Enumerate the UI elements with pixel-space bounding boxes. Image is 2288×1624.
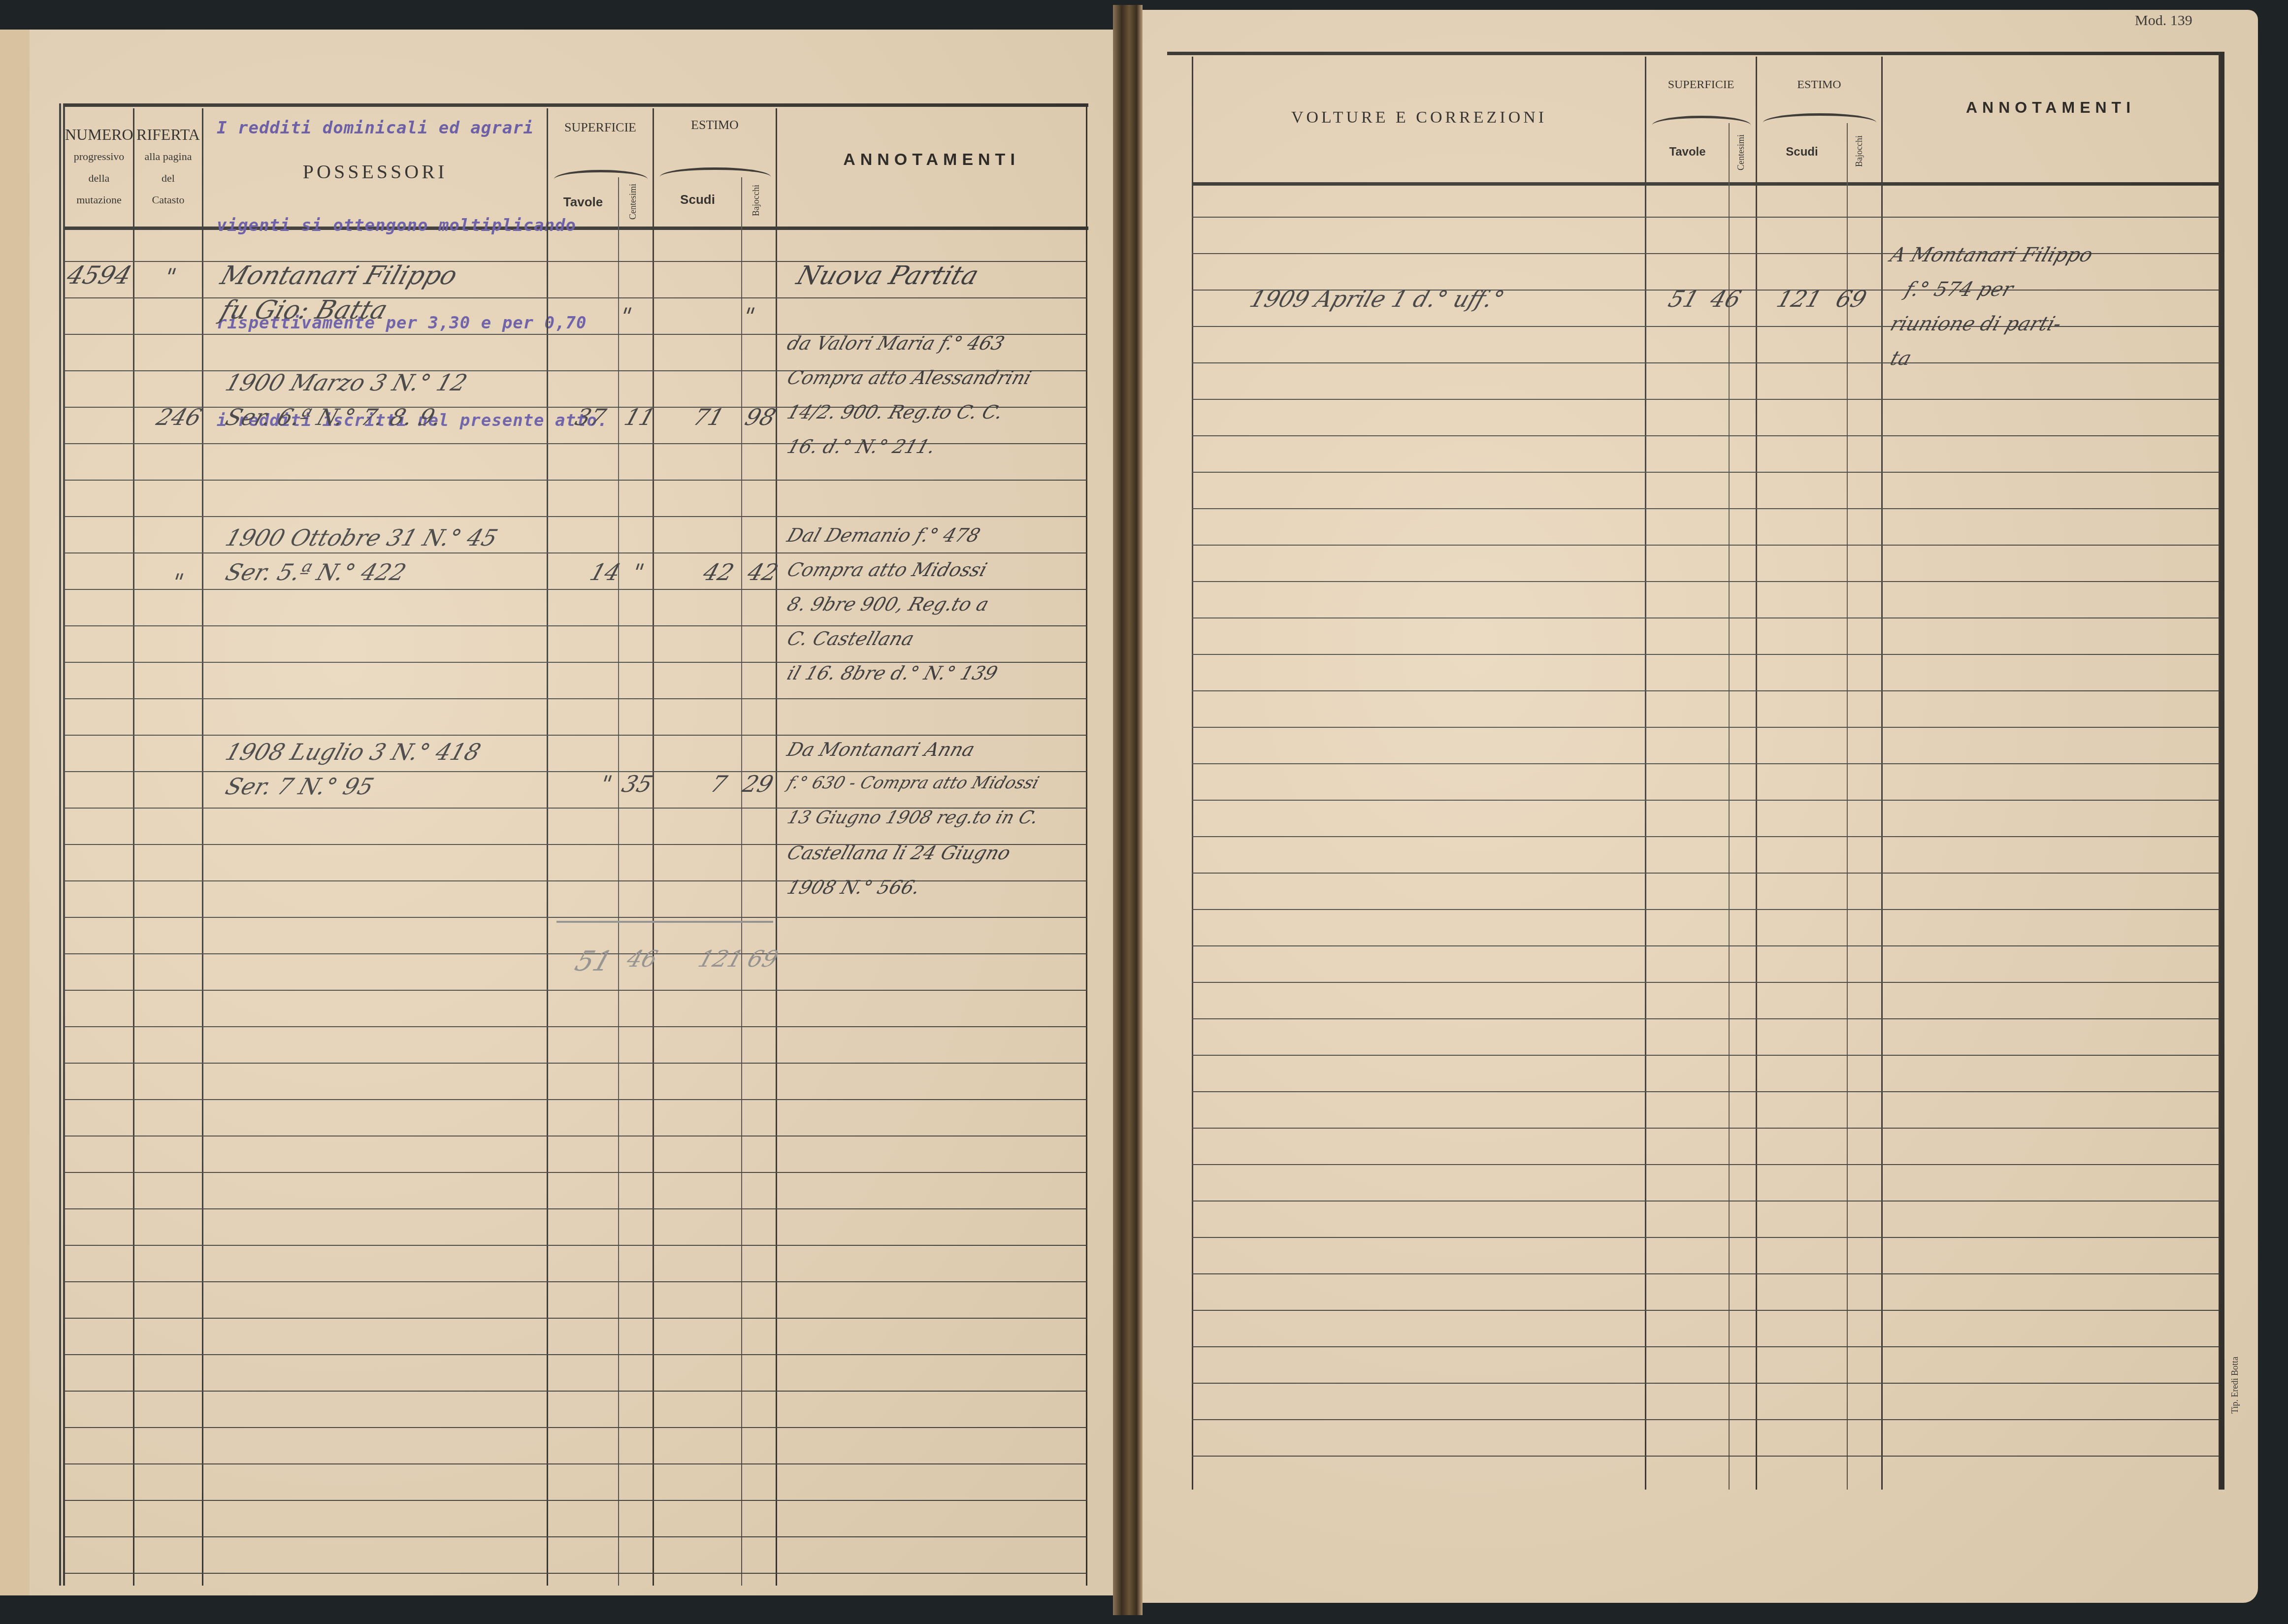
ruled-line xyxy=(65,1281,1087,1282)
ruled-line xyxy=(1192,1018,2219,1019)
ruled-line xyxy=(65,1391,1087,1392)
entry-2-annot-1: da Valori Maria f.° 463 xyxy=(784,332,1007,354)
right-header-top-rule xyxy=(1167,52,2221,55)
entry-3-annot-1: Dal Demanio f.° 478 xyxy=(784,524,983,546)
entry-3-annot-4: C. Castellana xyxy=(784,628,917,650)
ruled-line xyxy=(1192,1456,2219,1457)
ruled-line xyxy=(65,552,1087,553)
col-rule xyxy=(133,108,134,1586)
entry-3-annot-5: il 16. 8bre d.° N.° 139 xyxy=(784,662,1000,684)
ruled-line xyxy=(1192,1310,2219,1311)
col-rule xyxy=(1847,123,1848,1490)
header-superficie: SUPERFICIE xyxy=(1646,76,1756,94)
col-rule xyxy=(741,177,742,1586)
ruled-line xyxy=(1192,472,2219,473)
form-code: Mod. 139 xyxy=(2135,12,2192,29)
header-bajocchi: Bajocchi xyxy=(751,177,761,224)
entry-2-riferta: 246 xyxy=(153,404,205,430)
right-header-bottom-rule xyxy=(1192,182,2221,186)
ruled-line xyxy=(65,990,1087,991)
entry-3-annot-3: 8. 9bre 900, Reg.to a xyxy=(784,593,992,615)
col-rule xyxy=(202,108,203,1586)
col-rule xyxy=(1881,57,1883,1490)
pencil-total-scudi: 121 xyxy=(695,945,747,972)
entry-1-annot-1: Nuova Partita xyxy=(793,261,982,291)
right-entry-annot-3: riunione di parti- xyxy=(1888,313,2064,335)
entry-3-annot-2: Compra atto Midossi xyxy=(784,559,990,581)
ruled-line xyxy=(65,297,1087,298)
entry-3-possessore-2: Ser. 5.ª N.° 422 xyxy=(222,559,409,585)
header-bajocchi: Bajocchi xyxy=(1854,128,1864,175)
ruled-line xyxy=(1192,399,2219,400)
book-spine xyxy=(1113,5,1143,1615)
header-riferta-line: Catasto xyxy=(134,189,202,211)
ruled-line xyxy=(65,516,1087,517)
ruled-line xyxy=(65,1354,1087,1355)
header-centesimi: Centesimi xyxy=(1736,130,1746,175)
ruled-line xyxy=(65,625,1087,626)
header-riferta-line: del xyxy=(134,167,202,189)
entry-2-annot-2: Compra atto Alessandrini xyxy=(784,367,1034,389)
entry-4-annot-5: 1908 N.° 566. xyxy=(784,877,923,898)
header-riferta: RIFERTA alla pagina del Catasto xyxy=(134,123,202,211)
right-entry-annot-1: A Montanari Filippo xyxy=(1888,244,2096,266)
ruled-line xyxy=(1192,1091,2219,1092)
col-rule xyxy=(547,108,548,1586)
ruled-line xyxy=(1192,508,2219,509)
header-annotamenti: ANNOTAMENTI xyxy=(777,150,1086,169)
ruled-line xyxy=(65,1026,1087,1027)
ruled-line xyxy=(1192,654,2219,655)
entry-2-possessore-1: 1900 Marzo 3 N.° 12 xyxy=(222,369,470,396)
ruled-line xyxy=(1192,945,2219,946)
ruled-line xyxy=(1192,1273,2219,1274)
ruled-line xyxy=(65,1573,1087,1574)
ruled-line xyxy=(1192,217,2219,218)
ruled-line xyxy=(1192,909,2219,910)
header-numero: NUMERO progressivo della mutazione xyxy=(65,123,133,211)
right-entry-annot-2: f.° 574 per xyxy=(1902,278,2016,301)
ruled-line xyxy=(65,589,1087,590)
header-numero-line: mutazione xyxy=(65,189,133,211)
entry-4-possessore-2: Ser. 7 N.° 95 xyxy=(222,773,377,800)
ruled-line xyxy=(1192,1346,2219,1347)
entry-2-annot-4: 16. d.° N.° 211. xyxy=(784,436,939,457)
pencil-total-rule xyxy=(556,921,773,923)
ruled-line xyxy=(1192,1055,2219,1056)
entry-2-possessore-2: Ser. 6.ª N.° 7. 8. 9. xyxy=(222,404,445,430)
ruled-line xyxy=(65,1136,1087,1137)
col-rule xyxy=(1756,57,1757,1490)
ruled-line xyxy=(1192,545,2219,546)
stamp-line-2: vigenti si ottengono moltiplicando xyxy=(217,209,608,242)
right-frame-rule xyxy=(2219,52,2224,1490)
ruled-line xyxy=(1192,1383,2219,1384)
col-rule xyxy=(1645,57,1646,1490)
ruled-line xyxy=(65,1245,1087,1246)
header-tavole: Tavole xyxy=(1646,145,1729,159)
ruled-line xyxy=(1192,1164,2219,1165)
col-rule xyxy=(618,177,619,1586)
ruled-line xyxy=(1192,1237,2219,1238)
header-riferta-line: alla pagina xyxy=(134,146,202,167)
ruled-line xyxy=(1192,1201,2219,1202)
ruled-line xyxy=(65,771,1087,772)
ruled-line xyxy=(1192,763,2219,764)
header-possessori: POSSESSORI xyxy=(203,160,547,183)
right-entry-scudi: 121 xyxy=(1773,286,1825,312)
ruled-line xyxy=(1192,617,2219,618)
entry-4-annot-1: Da Montanari Anna xyxy=(784,739,978,760)
col-rule xyxy=(1192,57,1193,1490)
ruled-line xyxy=(1192,1419,2219,1420)
ruled-line xyxy=(65,1318,1087,1319)
ruled-line xyxy=(1192,800,2219,801)
ruled-line xyxy=(65,1500,1087,1501)
ruled-line xyxy=(1192,982,2219,983)
col-rule xyxy=(1729,123,1730,1490)
header-scudi: Scudi xyxy=(1757,145,1847,159)
header-volture: VOLTURE E CORREZIONI xyxy=(1193,108,1645,127)
ruled-line xyxy=(1192,836,2219,837)
ruled-line xyxy=(1192,435,2219,436)
ruled-line xyxy=(65,1208,1087,1209)
header-superficie: SUPERFICIE xyxy=(548,118,653,137)
ruled-line xyxy=(65,1172,1087,1173)
right-entry-annot-4: ta xyxy=(1888,347,1915,370)
entry-2-annot-3: 14/2. 900. Reg.to C. C. xyxy=(784,401,1006,423)
ruled-line xyxy=(1192,873,2219,874)
ruled-line xyxy=(65,1536,1087,1537)
ruled-line xyxy=(65,953,1087,954)
ruled-line xyxy=(65,1063,1087,1064)
entry-4-annot-2: f.° 630 - Compra atto Midossi xyxy=(785,773,1042,793)
entry-4-annot-3: 13 Giugno 1908 reg.to in C. xyxy=(784,808,1041,828)
entry-1-possessore-2: fu Gio: Batta xyxy=(217,295,391,325)
entry-4-annot-4: Castellana li 24 Giugno xyxy=(784,842,1013,864)
header-annotamenti: ANNOTAMENTI xyxy=(1883,98,2219,117)
ruled-line xyxy=(65,735,1087,736)
left-page: I redditi dominicali ed agrari vigenti s… xyxy=(10,30,1123,1595)
brace xyxy=(1652,116,1751,125)
ruled-line xyxy=(1192,1128,2219,1129)
header-tavole: Tavole xyxy=(548,195,618,210)
ruled-line xyxy=(65,1099,1087,1100)
ruled-line xyxy=(1192,727,2219,728)
ruled-line xyxy=(65,480,1087,481)
ruled-line xyxy=(1192,326,2219,327)
printer-mark: Tip. Eredi Botta xyxy=(2230,1357,2240,1414)
header-estimo: ESTIMO xyxy=(1757,76,1881,94)
ruled-line xyxy=(65,880,1087,881)
right-entry-volture: 1909 Aprile 1 d.° uff.° xyxy=(1246,286,1508,312)
ruled-line xyxy=(65,917,1087,918)
col-rule xyxy=(776,108,777,1586)
header-centesimi: Centesimi xyxy=(628,180,638,224)
header-numero-title: NUMERO xyxy=(65,123,133,146)
entry-4-possessore-1: 1908 Luglio 3 N.° 418 xyxy=(222,739,484,765)
header-scudi: Scudi xyxy=(654,192,741,207)
entry-1-numero: 4594 xyxy=(64,261,135,290)
header-riferta-title: RIFERTA xyxy=(134,123,202,146)
header-numero-line: della xyxy=(65,167,133,189)
header-estimo: ESTIMO xyxy=(654,116,776,134)
brace xyxy=(1763,113,1876,123)
ruled-line xyxy=(65,698,1087,699)
ruled-line xyxy=(65,1463,1087,1464)
col-rule xyxy=(653,108,654,1586)
ruled-line xyxy=(1192,581,2219,582)
ruled-line xyxy=(1192,690,2219,691)
entry-1-possessore-1: Montanari Filippo xyxy=(217,261,461,291)
ruled-line xyxy=(1192,362,2219,363)
right-page: Mod. 139 VOLTURE E CORREZIONI SUPERFICIE… xyxy=(1138,10,2258,1603)
entry-3-possessore-1: 1900 Ottobre 31 N.° 45 xyxy=(222,524,501,551)
binding-stub xyxy=(0,30,30,1595)
ruled-line xyxy=(65,1427,1087,1428)
header-numero-line: progressivo xyxy=(65,146,133,167)
